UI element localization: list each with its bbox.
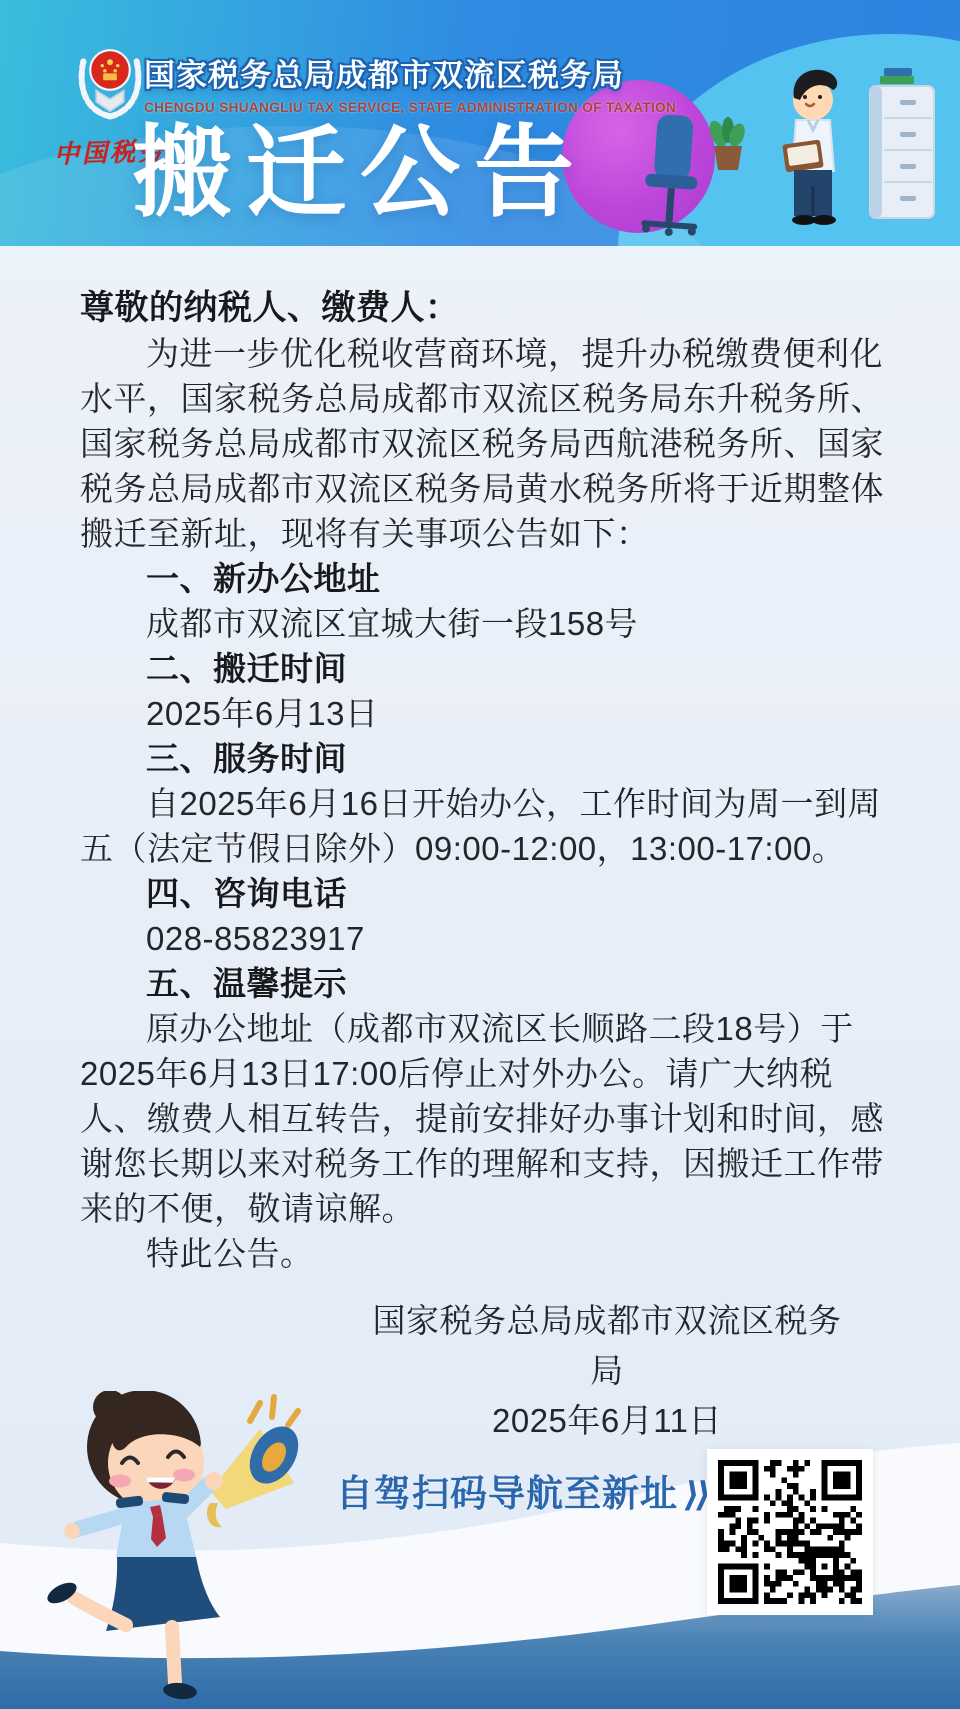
cta-text: 自驾扫码导航至新址 [336,1473,678,1514]
intro-paragraph: 为进一步优化税收营商环境，提升办税缴费便利化水平，国家税务总局成都市双流区税务局… [80,331,886,556]
drive-scan-cta: 自驾扫码导航至新址⟩⟩⟩ [336,1463,719,1517]
spark-lines-icon [250,1397,298,1425]
poster-title: 搬迁公告 [0,92,720,236]
section-2-content: 2025年6月13日 [80,691,886,736]
girl-head-icon [87,1391,204,1511]
section-2-heading: 二、搬迁时间 [80,646,886,691]
office-man-icon [782,70,837,225]
poster-footer: 自驾扫码导航至新址⟩⟩⟩ [0,1393,960,1709]
relocation-announcement-poster: 中国税务 国家税务总局成都市双流区税务局 CHENGDU SHUANGLIU T… [0,0,960,1709]
section-5-content: 原办公地址（成都市双流区长顺路二段18号）于2025年6月13日17:00后停止… [80,1006,886,1231]
file-cabinet-icon [870,68,934,218]
section-1-heading: 一、新办公地址 [80,556,886,601]
poster-header: 中国税务 国家税务总局成都市双流区税务局 CHENGDU SHUANGLIU T… [0,0,960,246]
section-3-content: 自2025年6月16日开始办公，工作时间为周一到周五（法定节假日除外）09:00… [80,781,886,871]
section-1-content: 成都市双流区宜城大街一段158号 [80,601,886,646]
announcer-girl-illustration [22,1391,302,1709]
agency-name-cn: 国家税务总局成都市双流区税务局 [144,50,676,95]
section-5-heading: 五、温馨提示 [80,961,886,1006]
closing-line: 特此公告。 [80,1231,886,1276]
salutation: 尊敬的纳税人、缴费人： [80,286,886,331]
section-4-heading: 四、咨询电话 [80,871,886,916]
announcement-body: 尊敬的纳税人、缴费人： 为进一步优化税收营商环境，提升办税缴费便利化水平，国家税… [80,286,886,1446]
section-4-content: 028-85823917 [80,916,886,961]
qr-code [718,1460,862,1604]
megaphone-icon [207,1418,302,1528]
signature-agency: 国家税务总局成都市双流区税务局 [357,1296,857,1396]
qr-card [707,1449,873,1615]
section-3-heading: 三、服务时间 [80,736,886,781]
